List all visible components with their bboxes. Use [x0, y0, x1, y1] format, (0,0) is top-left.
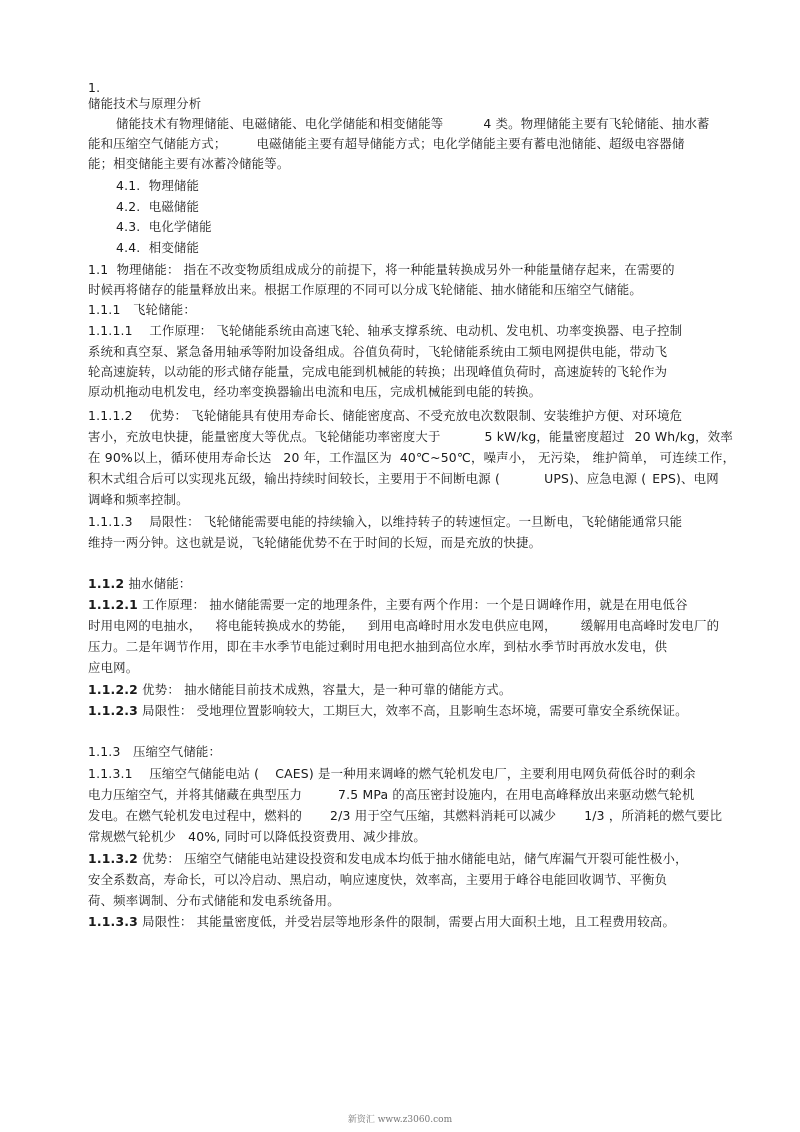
paragraph-line: 害小，充放电快捷，能量密度大等优点。飞轮储能功率密度大于5 kW/kg，能量密度…: [88, 429, 733, 445]
intro-paragraph-line: 能；相变储能主要有冰蓄冷储能等。: [88, 156, 289, 172]
intro-paragraph-line: 储能技术有物理储能、电磁储能、电化学储能和相变储能等4 类。物理储能主要有飞轮储…: [116, 116, 710, 132]
paragraph-line: 应电网。: [88, 660, 138, 676]
paragraph-line: 积木式组合后可以实现兆瓦级，输出持续时间较长，主要用于不间断电源 (UPS)、应…: [88, 471, 719, 487]
toc-item: 4.4. 相变储能: [116, 240, 199, 256]
section-1-1-3-2: 1.1.3.2 优势： 压缩空气储能电站建设投资和发电成本均低于抽水储能电站，储…: [88, 851, 688, 867]
section-1-1-3-3: 1.1.3.3 局限性： 其能量密度低，并受岩层等地形条件的限制，需要占用大面积…: [88, 914, 675, 930]
section-1-1-line: 时候再将储存的能量释放出来。根据工作原理的不同可以分成飞轮储能、抽水储能和压缩空…: [88, 282, 642, 298]
section-1-1-2-1: 1.1.2.1 工作原理： 抽水储能需要一定的地理条件，主要有两个作用：一个是日…: [88, 597, 688, 613]
paragraph-line: 安全系数高，寿命长，可以冷启动、黑启动，响应速度快，效率高，主要用于峰谷电能回收…: [88, 872, 667, 888]
section-1-1-1-2: 1.1.1.2 优势： 飞轮储能具有使用寿命长、储能密度高、不受充放电次数限制、…: [88, 408, 682, 424]
paragraph-line: 系统和真空泵、紧急备用轴承等附加设备组成。谷值负荷时，飞轮储能系统由工频电网提供…: [88, 344, 667, 360]
intro-paragraph-line: 能和压缩空气储能方式；电磁储能主要有超导储能方式；电化学储能主要有蓄电池储能、超…: [88, 136, 685, 152]
paragraph-line: 维持一两分钟。这也就是说，飞轮储能优势不在于时间的长短，而是充放的快捷。: [88, 535, 541, 551]
paragraph-line: 电力压缩空气，并将其储藏在典型压力7.5 MPa 的高压密封设施内，在用电高峰释…: [88, 787, 695, 803]
paragraph-line: 在 90%以上，循环使用寿命长达20 年，工作温区为40℃~50℃，噪声小， 无…: [88, 450, 735, 466]
toc-item: 4.3. 电化学储能: [116, 219, 212, 235]
section-1-1-2-heading: 1.1.2 抽水储能：: [88, 576, 191, 592]
paragraph-line: 常规燃气轮机少40%, 同时可以降低投资费用、减少排放。: [88, 829, 426, 845]
paragraph-line: 原动机拖动电机发电，经功率变换器输出电流和电压，完成机械能到电能的转换。: [88, 384, 541, 400]
section-1-1-1-heading: 1.1.1 飞轮储能：: [88, 302, 196, 318]
footer-watermark: 新资汇 www.z3060.com: [0, 1112, 800, 1125]
document-page: 1. 储能技术与原理分析 储能技术有物理储能、电磁储能、电化学储能和相变储能等4…: [0, 0, 800, 1132]
section-1-1: 1.1 物理储能： 指在不改变物质组成成分的前提下，将一种能量转换成另外一种能量…: [88, 262, 675, 278]
section-1-1-3-1: 1.1.3.1 压缩空气储能电站 (CAES) 是一种用来调峰的燃气轮机发电厂，…: [88, 766, 696, 782]
toc-item: 4.1. 物理储能: [116, 178, 199, 194]
paragraph-line: 压力。二是年调节作用，即在丰水季节电能过剩时用电把水抽到高位水库，到枯水季节时再…: [88, 639, 667, 655]
section-1-1-3-heading: 1.1.3 压缩空气储能：: [88, 744, 221, 760]
section-1-1-1-1: 1.1.1.1 工作原理： 飞轮储能系统由高速飞轮、轴承支撑系统、电动机、发电机…: [88, 323, 682, 339]
heading-number: 1.: [88, 80, 100, 96]
section-1-1-2-3: 1.1.2.3 局限性： 受地理位置影响较大，工期巨大，效率不高，且影响生态坏境…: [88, 703, 688, 719]
paragraph-line: 轮高速旋转，以动能的形式储存能量，完成电能到机械能的转换；出现峰值负荷时，高速旋…: [88, 364, 667, 380]
paragraph-line: 发电。在燃气轮机发电过程中，燃料的2/3 用于空气压缩，其燃料消耗可以减少1/3…: [88, 808, 722, 824]
section-1-1-1-3: 1.1.1.3 局限性： 飞轮储能需要电能的持续输入，以维持转子的转速恒定。一旦…: [88, 514, 682, 530]
toc-item: 4.2. 电磁储能: [116, 199, 199, 215]
paragraph-line: 调峰和频率控制。: [88, 492, 189, 508]
page-title: 储能技术与原理分析: [88, 96, 201, 112]
paragraph-line: 荷、频率调制、分布式储能和发电系统备用。: [88, 893, 340, 909]
paragraph-line: 时用电网的电抽水，将电能转换成水的势能，到用电高峰时用水发电供应电网，缓解用电高…: [88, 618, 719, 634]
section-1-1-2-2: 1.1.2.2 优势： 抽水储能目前技术成熟，容量大，是一种可靠的储能方式。: [88, 682, 511, 698]
